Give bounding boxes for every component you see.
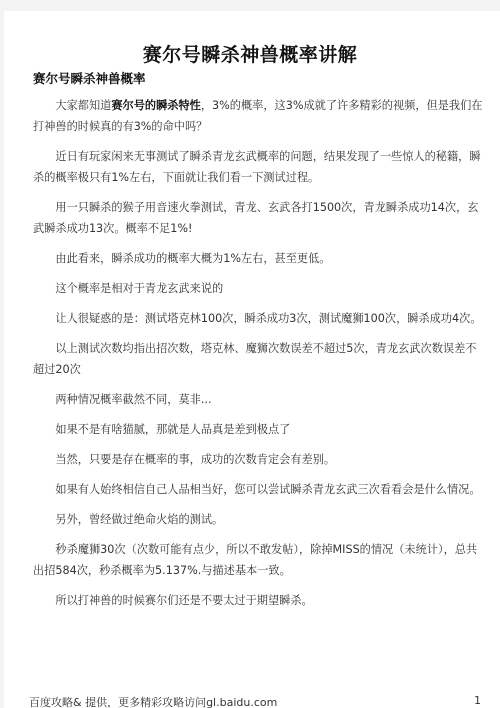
paragraph-text: 大家都知道 <box>55 99 111 112</box>
paragraph: 近日有玩家闲来无事测试了瞬杀青龙玄武概率的问题，结果发现了一些惊人的秘籍，瞬杀的… <box>33 146 483 188</box>
paragraph: 让人很疑惑的是：测试塔克林100次，瞬杀成功3次，测试魔狮100次，瞬杀成功4次… <box>33 308 483 329</box>
paragraph: 大家都知道赛尔号的瞬杀特性，3%的概率，这3%成就了许多精彩的视频，但是我们在打… <box>33 95 483 137</box>
paragraph: 如果不是有啥猫腻，那就是人品真是差到极点了 <box>33 419 483 440</box>
paragraph: 这个概率是相对于青龙玄武来说的 <box>33 278 483 299</box>
paragraph: 如果有人始终相信自己人品相当好，您可以尝试瞬杀青龙玄武三次看看会是什么情况。 <box>33 479 483 500</box>
paragraph: 秒杀魔狮30次（次数可能有点少，所以不敢发帖），除掉MISS的情况（未统计），总… <box>33 539 483 581</box>
document-title: 赛尔号瞬杀神兽概率讲解 <box>0 40 500 67</box>
bold-text: 赛尔号的瞬杀特性 <box>111 99 201 112</box>
paragraph: 另外，曾经做过绝命火焰的测试。 <box>33 509 483 530</box>
section-heading: 赛尔号瞬杀神兽概率 <box>33 69 146 87</box>
page-number: 1 <box>474 694 481 707</box>
paragraph: 以上测试次数均指出招次数，塔克林、魔狮次数误差不超过5次，青龙玄武次数误差不超过… <box>33 338 483 380</box>
paragraph: 由此看来，瞬杀成功的概率大概为1%左右，甚至更低。 <box>33 248 483 269</box>
paragraph: 两种情况概率截然不同，莫非... <box>33 389 483 410</box>
paragraph: 所以打神兽的时候赛尔们还是不要太过于期望瞬杀。 <box>33 590 483 611</box>
paragraph: 当然，只要是存在概率的事，成功的次数肯定会有差别。 <box>33 449 483 470</box>
document-body: 大家都知道赛尔号的瞬杀特性，3%的概率，这3%成就了许多精彩的视频，但是我们在打… <box>33 95 483 620</box>
paragraph: 用一只瞬杀的猴子用音速火拳测试，青龙、玄武各打1500次，青龙瞬杀成功14次，玄… <box>33 197 483 239</box>
footer-source: 百度攻略& 提供，更多精彩攻略访问gl.baidu.com <box>29 694 277 708</box>
